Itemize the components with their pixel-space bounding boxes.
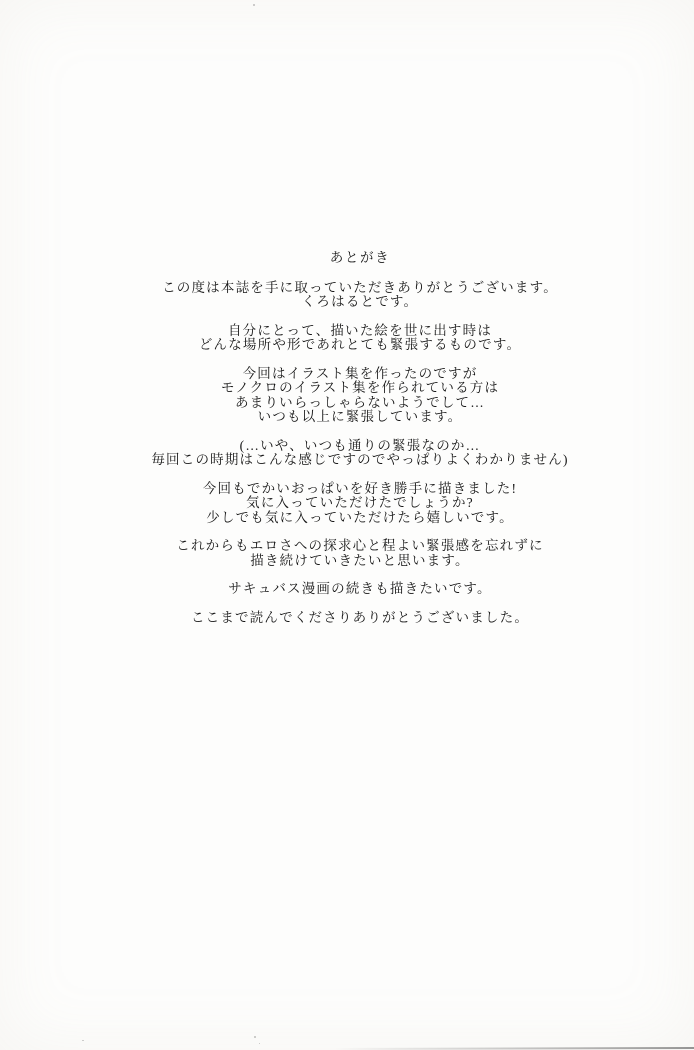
text-line: くろはるとです。 xyxy=(13,295,694,310)
paragraph-greeting: この度は本誌を手に取っていただきありがとうございます。 くろはるとです。 xyxy=(13,281,694,310)
text-line: (…いや、いつも通りの緊張なのか… xyxy=(13,439,694,454)
scanned-afterword-page: あとがき この度は本誌を手に取っていただきありがとうございます。 くろはるとです… xyxy=(0,0,694,1050)
text-line: この度は本誌を手に取っていただきありがとうございます。 xyxy=(13,281,694,296)
paragraph-succubus-manga: サキュバス漫画の続きも描きたいです。 xyxy=(13,582,694,597)
dust-speck xyxy=(259,1043,260,1044)
scan-edge-artifact xyxy=(335,1047,694,1050)
text-line: 今回もでかいおっぱいを好き勝手に描きました! xyxy=(13,482,694,497)
text-line: 自分にとって、描いた絵を世に出す時は xyxy=(13,324,694,339)
text-line: モノクロのイラスト集を作られている方は xyxy=(13,381,694,396)
text-line: 今回はイラスト集を作ったのですが xyxy=(13,367,694,382)
paragraph-hope-liked: 今回もでかいおっぱいを好き勝手に描きました! 気に入っていただけたでしょうか? … xyxy=(13,482,694,526)
text-line: 毎回この時期はこんな感じですのでやっぱりよくわかりません) xyxy=(13,453,694,468)
text-line: どんな場所や形であれとても緊張するものです。 xyxy=(13,338,694,353)
text-line: サキュバス漫画の続きも描きたいです。 xyxy=(13,582,694,597)
paragraph-illust-collection: 今回はイラスト集を作ったのですが モノクロのイラスト集を作られている方は あまり… xyxy=(13,367,694,425)
text-line: いつも以上に緊張しています。 xyxy=(13,410,694,425)
text-line: 気に入っていただけたでしょうか? xyxy=(13,496,694,511)
text-line: あまりいらっしゃらないようでして… xyxy=(13,396,694,411)
paragraph-aside: (…いや、いつも通りの緊張なのか… 毎回この時期はこんな感じですのでやっぱりよく… xyxy=(13,439,694,468)
paragraph-nervousness: 自分にとって、描いた絵を世に出す時は どんな場所や形であれとても緊張するものです… xyxy=(13,324,694,353)
text-line: これからもエロさへの探求心と程よい緊張感を忘れずに xyxy=(13,539,694,554)
text-line: ここまで読んでくださりありがとうございました。 xyxy=(13,611,694,626)
dust-speck xyxy=(253,4,255,6)
dust-speck xyxy=(254,1036,256,1038)
paragraph-resolution: これからもエロさへの探求心と程よい緊張感を忘れずに 描き続けていきたいと思います… xyxy=(13,539,694,568)
text-line: 描き続けていきたいと思います。 xyxy=(13,554,694,569)
text-line: 少しでも気に入っていただけたら嬉しいです。 xyxy=(13,511,694,526)
afterword-text-block: あとがき この度は本誌を手に取っていただきありがとうございます。 くろはるとです… xyxy=(13,251,694,639)
dust-speck xyxy=(82,1040,84,1041)
afterword-title: あとがき xyxy=(13,251,694,266)
paragraph-closing-thanks: ここまで読んでくださりありがとうございました。 xyxy=(13,611,694,626)
